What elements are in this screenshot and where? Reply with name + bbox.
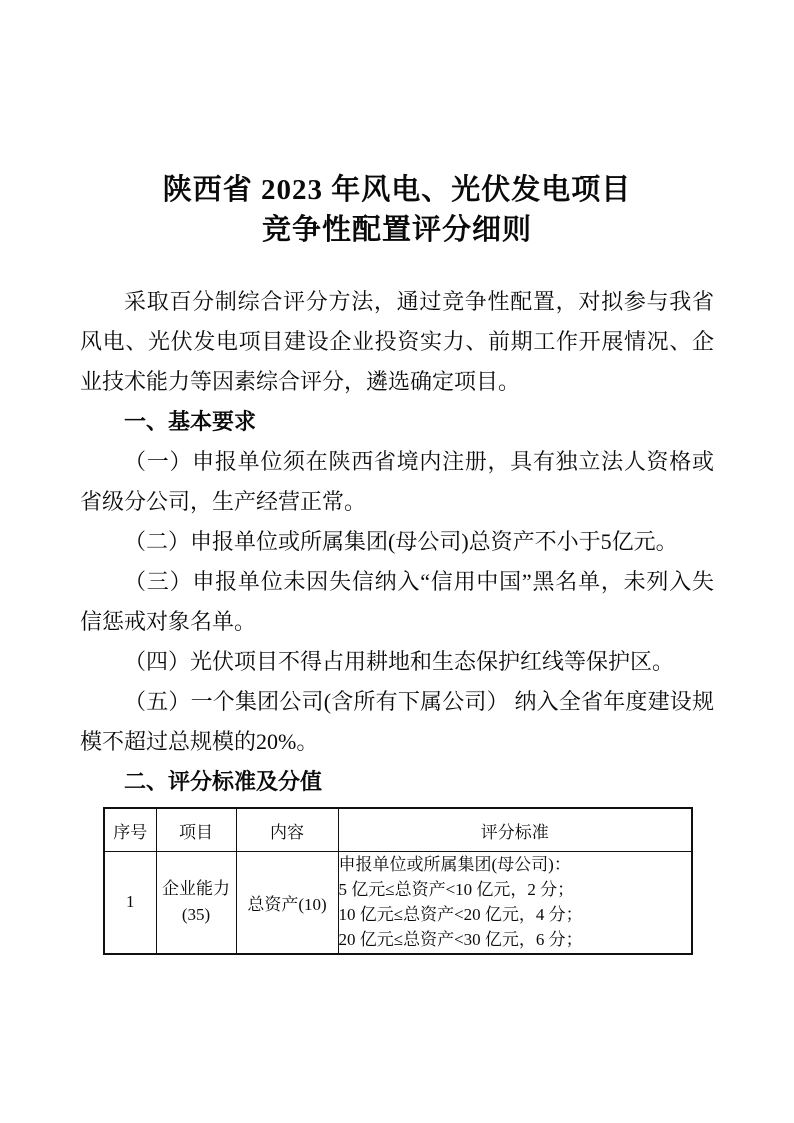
document-content: 陕西省 2023 年风电、光伏发电项目 竞争性配置评分细则 采取百分制综合评分方… [80,170,714,955]
criteria-line-2: 5 亿元≤总资产<10 亿元，2 分； [339,877,692,902]
scoring-table: 序号 项目 内容 评分标准 1 企业能力 (35) 总资产(10) 申报单位或所… [103,807,693,955]
table-cell-no: 1 [104,852,156,954]
project-score: (35) [157,902,236,928]
scoring-table-header: 序号 项目 内容 评分标准 [104,808,692,852]
document-title-line1: 陕西省 2023 年风电、光伏发电项目 [80,170,714,210]
requirement-item-5: （五）一个集团公司(含所有下属公司） 纳入全省年度建设规模不超过总规模的20%。 [80,682,714,762]
section-heading-scoring-standards: 二、评分标准及分值 [80,762,714,802]
table-row: 1 企业能力 (35) 总资产(10) 申报单位或所属集团(母公司)： 5 亿元… [104,852,692,954]
requirement-item-1: （一）申报单位须在陕西省境内注册，具有独立法人资格或省级分公司，生产经营正常。 [80,442,714,522]
criteria-line-3: 10 亿元≤总资产<20 亿元，4 分； [339,902,692,927]
requirement-item-2: （二）申报单位或所属集团(母公司)总资产不小于5亿元。 [80,522,714,562]
criteria-line-1: 申报单位或所属集团(母公司)： [339,852,692,877]
table-header-criteria: 评分标准 [338,808,692,852]
document-body: 采取百分制综合评分方法，通过竞争性配置，对拟参与我省风电、光伏发电项目建设企业投… [80,282,714,802]
criteria-line-4: 20 亿元≤总资产<30 亿元，6 分； [339,927,692,952]
section-heading-basic-requirements: 一、基本要求 [80,402,714,442]
document-title: 陕西省 2023 年风电、光伏发电项目 竞争性配置评分细则 [80,170,714,250]
table-header-row: 序号 项目 内容 评分标准 [104,808,692,852]
table-header-project: 项目 [156,808,236,852]
table-cell-content: 总资产(10) [236,852,338,954]
project-name: 企业能力 [157,876,236,902]
intro-paragraph: 采取百分制综合评分方法，通过竞争性配置，对拟参与我省风电、光伏发电项目建设企业投… [80,282,714,402]
table-header-no: 序号 [104,808,156,852]
table-cell-project: 企业能力 (35) [156,852,236,954]
document-page: 陕西省 2023 年风电、光伏发电项目 竞争性配置评分细则 采取百分制综合评分方… [0,0,794,1123]
table-header-content: 内容 [236,808,338,852]
document-title-line2: 竞争性配置评分细则 [80,210,714,250]
requirement-item-4: （四）光伏项目不得占用耕地和生态保护红线等保护区。 [80,642,714,682]
table-cell-criteria: 申报单位或所属集团(母公司)： 5 亿元≤总资产<10 亿元，2 分； 10 亿… [338,852,692,954]
requirement-item-3: （三）申报单位未因失信纳入“信用中国”黑名单，未列入失信惩戒对象名单。 [80,562,714,642]
